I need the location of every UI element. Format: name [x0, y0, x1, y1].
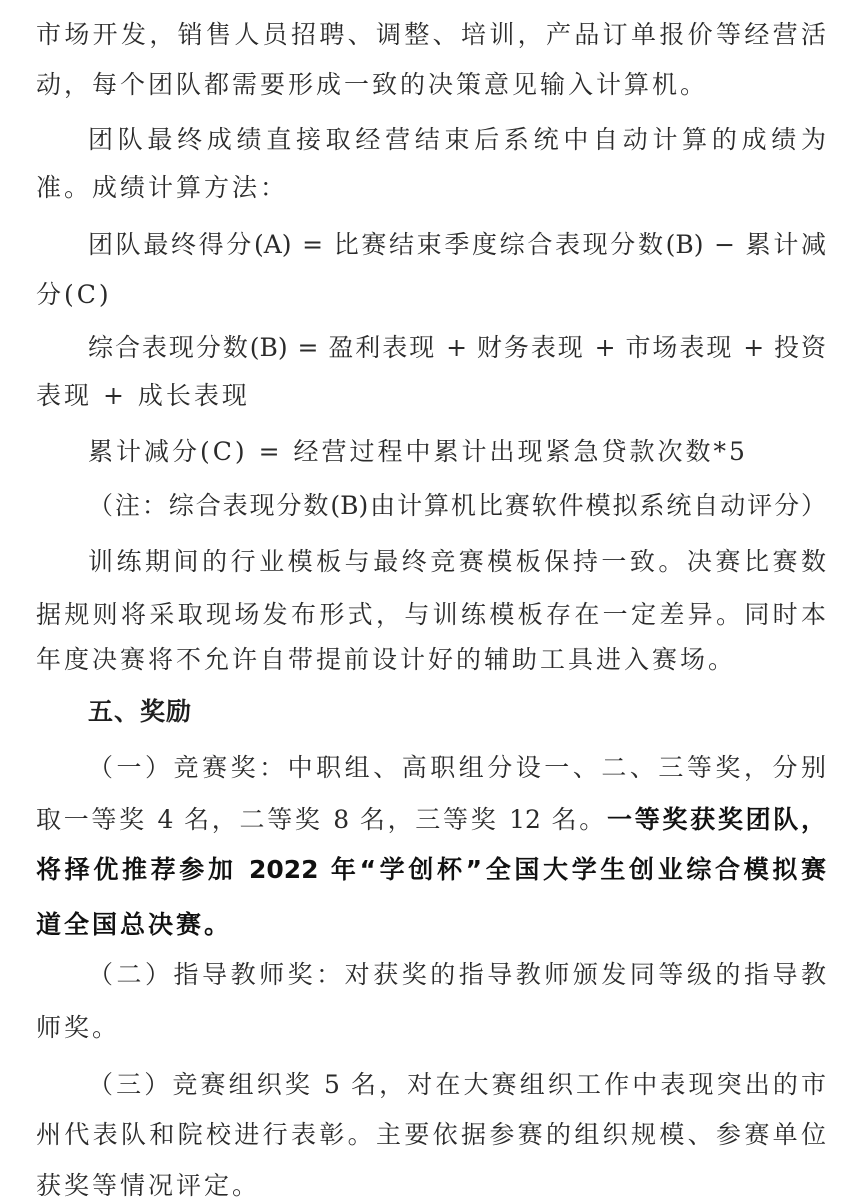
paragraph-line: 年度决赛将不允许自带提前设计好的辅助工具进入赛场。 [36, 642, 826, 678]
award-competition-bold-text: 一等奖获奖团队， [607, 805, 826, 834]
award-competition-line: （一）竞赛奖：中职组、高职组分设一、二、三等奖，分别 [88, 750, 826, 786]
formula-line: 表现 + 成长表现 [36, 378, 826, 414]
award-competition-bold-line: 道全国总决赛。 [36, 907, 826, 943]
paragraph-line: 训练期间的行业模板与最终竞赛模板保持一致。决赛比赛数 [88, 544, 826, 580]
section-heading: 五、奖励 [88, 694, 826, 730]
document-page: 市场开发，销售人员招聘、调整、培训，产品订单报价等经营活 动，每个团队都需要形成… [0, 0, 868, 1200]
paragraph-line: 据规则将采取现场发布形式，与训练模板存在一定差异。同时本 [36, 597, 826, 633]
formula-line: 分(C) [36, 277, 826, 313]
award-organization-line: 获奖等情况评定。 [36, 1168, 826, 1200]
award-competition-line: 取一等奖 4 名，二等奖 8 名，三等奖 12 名。一等奖获奖团队， [36, 802, 826, 838]
formula-line: 累计减分(C) = 经营过程中累计出现紧急贷款次数*5 [88, 434, 826, 470]
note-line: （注：综合表现分数(B)由计算机比赛软件模拟系统自动评分） [88, 488, 826, 524]
award-competition-bold-line: 将择优推荐参加 2022 年“学创杯”全国大学生创业综合模拟赛 [36, 852, 826, 888]
formula-line: 综合表现分数(B) = 盈利表现 + 财务表现 + 市场表现 + 投资 [88, 330, 826, 366]
paragraph-line: 团队最终成绩直接取经营结束后系统中自动计算的成绩为 [88, 122, 826, 158]
paragraph-line: 市场开发，销售人员招聘、调整、培训，产品订单报价等经营活 [36, 17, 826, 53]
award-organization-line: （三）竞赛组织奖 5 名，对在大赛组织工作中表现突出的市 [88, 1067, 826, 1103]
award-instructor-line: （二）指导教师奖：对获奖的指导教师颁发同等级的指导教 [88, 957, 826, 993]
award-instructor-line: 师奖。 [36, 1010, 826, 1046]
paragraph-line: 准。成绩计算方法： [36, 170, 826, 206]
award-organization-line: 州代表队和院校进行表彰。主要依据参赛的组织规模、参赛单位 [36, 1117, 826, 1153]
formula-line: 团队最终得分(A) = 比赛结束季度综合表现分数(B) − 累计减 [88, 227, 826, 263]
paragraph-line: 动，每个团队都需要形成一致的决策意见输入计算机。 [36, 67, 826, 103]
award-competition-text: 取一等奖 4 名，二等奖 8 名，三等奖 12 名。 [36, 805, 607, 834]
